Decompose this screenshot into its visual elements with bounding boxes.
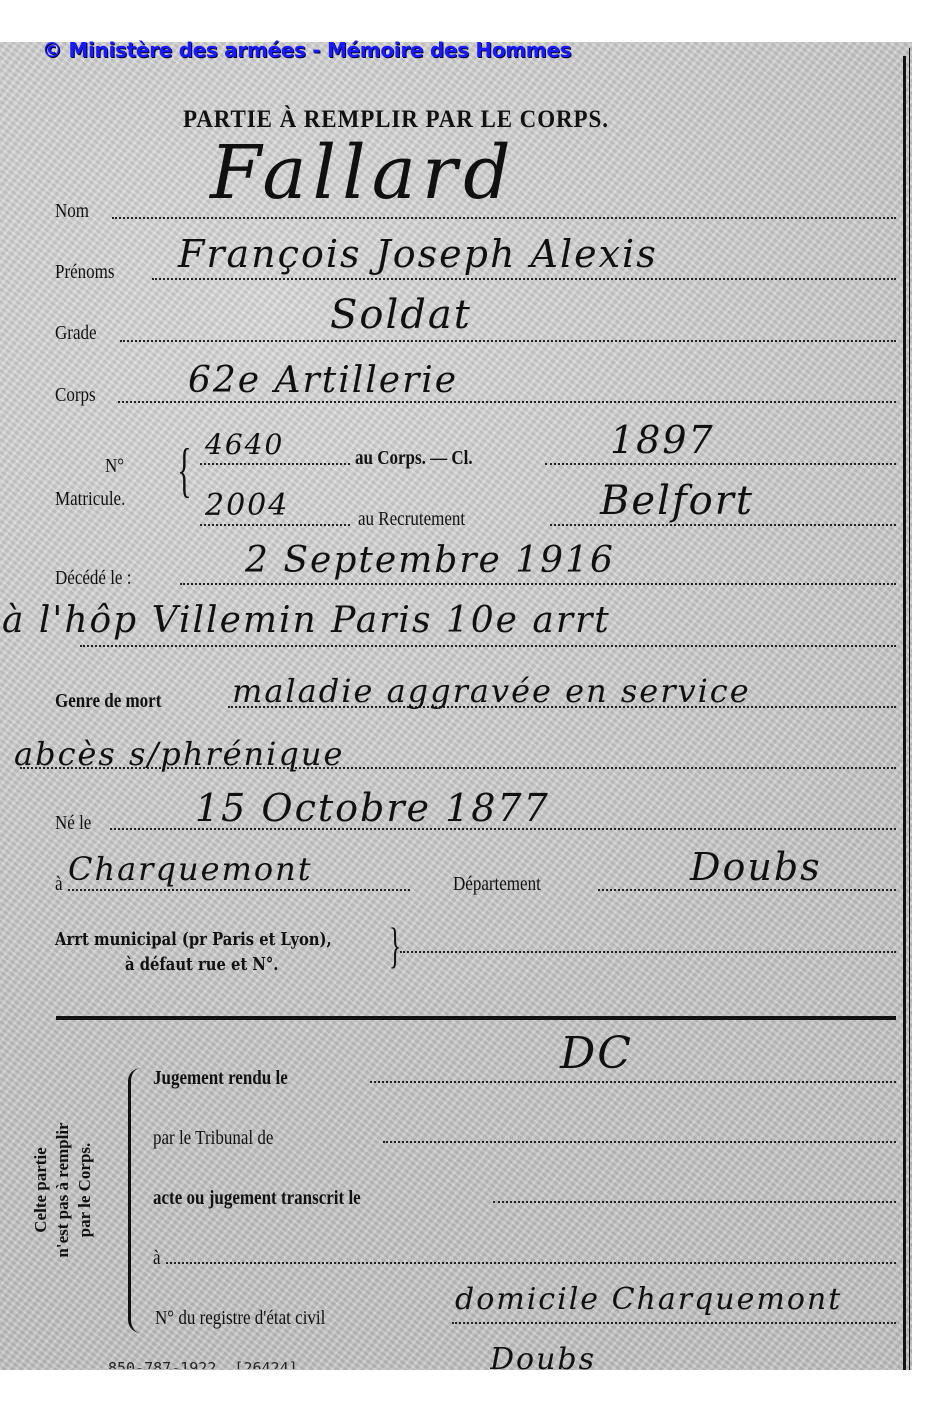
registre-label: N° du registre d'état civil: [155, 1307, 325, 1330]
arrondissement-brace: }: [389, 920, 401, 970]
transcrit-label: acte ou jugement transcrit le: [153, 1187, 361, 1210]
matricule-corps-number: 4640: [205, 428, 284, 461]
naissance-place-line: [68, 889, 410, 891]
genre-mort-value-line2: abcès s/phrénique: [14, 735, 344, 773]
genre-mort-label: Genre de mort: [55, 690, 161, 713]
civil-a-label: à: [153, 1247, 161, 1270]
deces-label: Décédé le :: [55, 567, 131, 590]
nom-value: Fallard: [210, 130, 517, 216]
naissance-date-value: 15 Octobre 1877: [195, 786, 550, 830]
civil-note-line3: par le Corps.: [74, 1080, 96, 1300]
print-reference: 850-787-1922. [26424]: [108, 1359, 298, 1369]
departement-line: [598, 889, 896, 891]
naissance-a-label: à: [55, 873, 63, 896]
arrondissement-line: [400, 951, 896, 953]
frame-line-right-outer: [903, 56, 906, 1370]
copyright-watermark: © Ministère des armées - Mémoire des Hom…: [42, 38, 571, 62]
recrutement-place-line: [550, 524, 896, 526]
matricule-label-top: N°: [105, 455, 124, 478]
deces-place-value: à l'hôp Villemin Paris 10e arrt: [2, 600, 611, 641]
departement-value: Doubs: [690, 845, 822, 889]
transcrit-line: [493, 1201, 896, 1203]
au-corps-label: au Corps. — Cl.: [355, 447, 473, 470]
registre-value: domicile Charquemont: [455, 1282, 842, 1317]
matricule-corps-line: [200, 463, 350, 465]
prenoms-line: [152, 278, 896, 280]
grade-line: [120, 340, 896, 342]
nom-line: [112, 217, 896, 219]
section-divider: [56, 1016, 896, 1020]
prenoms-value: François Joseph Alexis: [178, 232, 658, 276]
deces-date-value: 2 Septembre 1916: [245, 540, 615, 581]
registre-line: [452, 1322, 896, 1324]
civil-section-bracket: [128, 1068, 141, 1333]
civil-note-line2: n'est pas à remplir: [52, 1080, 74, 1300]
jugement-value: DC: [560, 1028, 633, 1079]
tribunal-label: par le Tribunal de: [153, 1127, 273, 1150]
matricule-brace: {: [177, 440, 191, 500]
tribunal-line: [383, 1141, 896, 1143]
jugement-line: [370, 1081, 896, 1083]
prenoms-label: Prénoms: [55, 261, 115, 284]
arrondissement-label-line2: à défaut rue et N°.: [125, 954, 278, 975]
deces-place-line: [80, 645, 896, 647]
classe-line: [545, 463, 896, 465]
naissance-place-value: Charquemont: [68, 850, 313, 888]
matricule-recrutement-number: 2004: [205, 488, 289, 523]
recrutement-place-value: Belfort: [600, 478, 754, 524]
naissance-label: Né le: [55, 812, 91, 835]
jugement-label: Jugement rendu le: [153, 1067, 288, 1090]
classe-value: 1897: [610, 418, 715, 462]
matricule-recrutement-line: [200, 524, 350, 526]
departement-label: Département: [453, 873, 541, 896]
civil-a-line: [166, 1262, 896, 1264]
deces-date-line: [180, 583, 896, 585]
grade-value: Soldat: [330, 292, 472, 338]
grade-label: Grade: [55, 322, 97, 345]
genre-mort-value-line1: maladie aggravée en service: [232, 672, 751, 710]
corps-line: [118, 401, 896, 403]
matricule-label-bottom: Matricule.: [55, 488, 125, 511]
civil-note-line1: Celte partie: [30, 1080, 52, 1300]
corps-label: Corps: [55, 384, 96, 407]
nom-label: Nom: [55, 200, 89, 223]
arrondissement-label-line1: Arrt municipal (pr Paris et Lyon),: [55, 929, 332, 950]
corps-value: 62e Artillerie: [188, 360, 458, 401]
civil-section-note: Celte partie n'est pas à remplir par le …: [30, 1080, 96, 1300]
frame-line-right-inner: [909, 48, 910, 1370]
registre-value-line2: Doubs: [490, 1342, 596, 1370]
au-recrutement-label: au Recrutement: [358, 508, 465, 531]
